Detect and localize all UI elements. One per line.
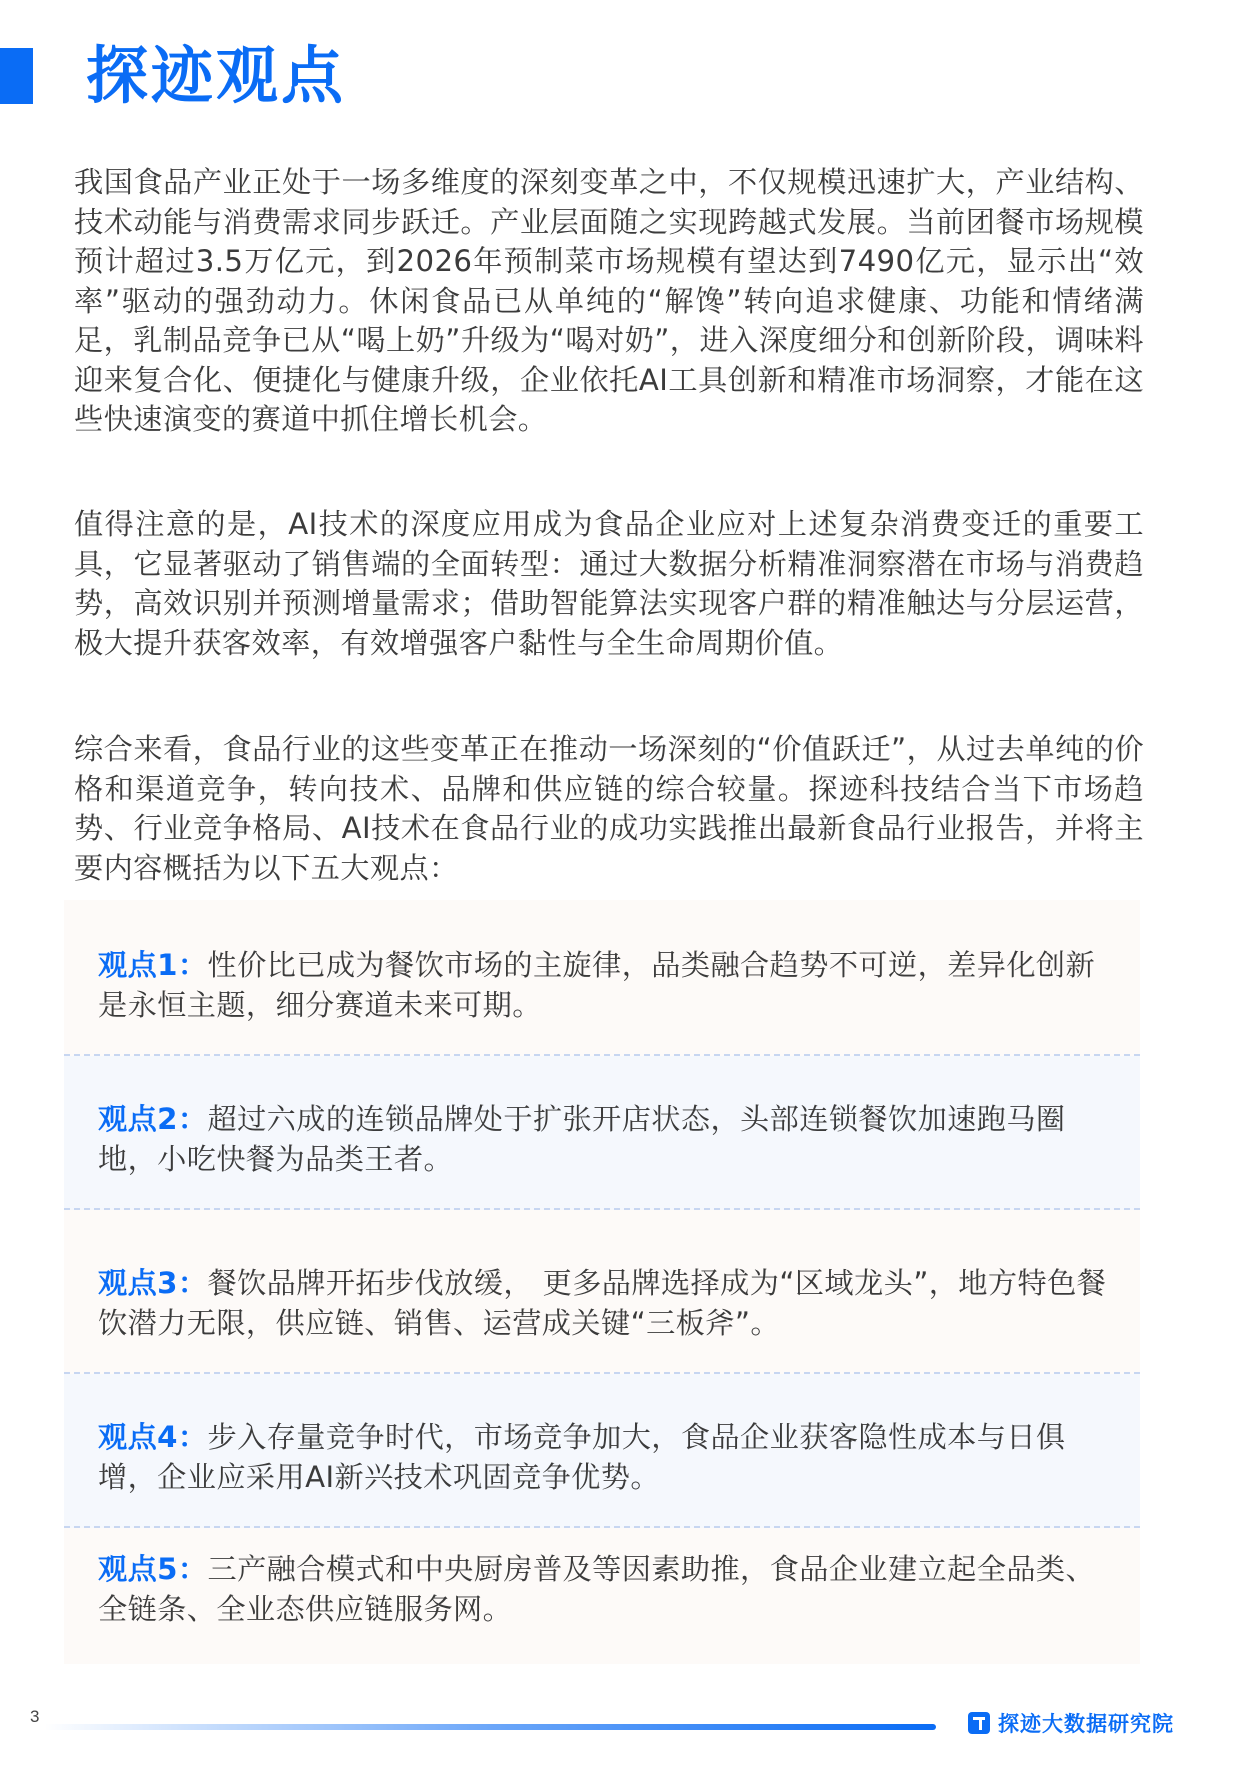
viewpoint-item-5: 观点5：三产融合模式和中央厨房普及等因素助推，食品企业建立起全品类、全链条、全业… bbox=[64, 1528, 1140, 1664]
tanji-logo-icon bbox=[968, 1712, 990, 1734]
viewpoint-text: 三产融合模式和中央厨房普及等因素助推，食品企业建立起全品类、全链条、全业态供应链… bbox=[98, 1552, 1095, 1626]
footer-gradient-line bbox=[44, 1724, 936, 1730]
footer-brand: 探迹大数据研究院 bbox=[968, 1708, 1174, 1738]
viewpoint-item-1: 观点1：性价比已成为餐饮市场的主旋律，品类融合趋势不可逆，差异化创新是永恒主题，… bbox=[64, 900, 1140, 1056]
viewpoint-text: 性价比已成为餐饮市场的主旋律，品类融合趋势不可逆，差异化创新是永恒主题，细分赛道… bbox=[98, 948, 1095, 1022]
viewpoint-label: 观点4： bbox=[98, 1420, 207, 1454]
page-number: 3 bbox=[30, 1707, 39, 1727]
viewpoint-item-3: 观点3：餐饮品牌开拓步伐放缓， 更多品牌选择成为“区域龙头”，地方特色餐饮潜力无… bbox=[64, 1210, 1140, 1374]
viewpoint-label: 观点5： bbox=[98, 1552, 207, 1586]
viewpoint-text: 超过六成的连锁品牌处于扩张开店状态，头部连锁餐饮加速跑马圈地，小吃快餐为品类王者… bbox=[98, 1102, 1066, 1176]
intro-paragraph-2: 值得注意的是，AI技术的深度应用成为食品企业应对上述复杂消费变迁的重要工具，它显… bbox=[74, 505, 1144, 663]
page-title: 探迹观点 bbox=[86, 36, 346, 116]
title-accent-bar bbox=[0, 48, 33, 104]
intro-paragraph-1: 我国食品产业正处于一场多维度的深刻变革之中，不仅规模迅速扩大，产业结构、技术动能… bbox=[74, 163, 1144, 440]
viewpoint-item-2: 观点2：超过六成的连锁品牌处于扩张开店状态，头部连锁餐饮加速跑马圈地，小吃快餐为… bbox=[64, 1056, 1140, 1210]
viewpoint-item-4: 观点4：步入存量竞争时代，市场竞争加大，食品企业获客隐性成本与日俱增，企业应采用… bbox=[64, 1374, 1140, 1528]
intro-paragraph-3: 综合来看，食品行业的这些变革正在推动一场深刻的“价值跃迁”，从过去单纯的价格和渠… bbox=[74, 730, 1144, 888]
viewpoint-text: 步入存量竞争时代，市场竞争加大，食品企业获客隐性成本与日俱增，企业应采用AI新兴… bbox=[98, 1420, 1066, 1494]
viewpoint-text: 餐饮品牌开拓步伐放缓， 更多品牌选择成为“区域龙头”，地方特色餐饮潜力无限，供应… bbox=[98, 1266, 1106, 1340]
brand-name: 探迹大数据研究院 bbox=[998, 1708, 1174, 1738]
viewpoint-label: 观点3： bbox=[98, 1266, 207, 1300]
viewpoint-label: 观点1： bbox=[98, 948, 207, 982]
viewpoint-label: 观点2： bbox=[98, 1102, 207, 1136]
viewpoints-list: 观点1：性价比已成为餐饮市场的主旋律，品类融合趋势不可逆，差异化创新是永恒主题，… bbox=[64, 900, 1140, 1664]
